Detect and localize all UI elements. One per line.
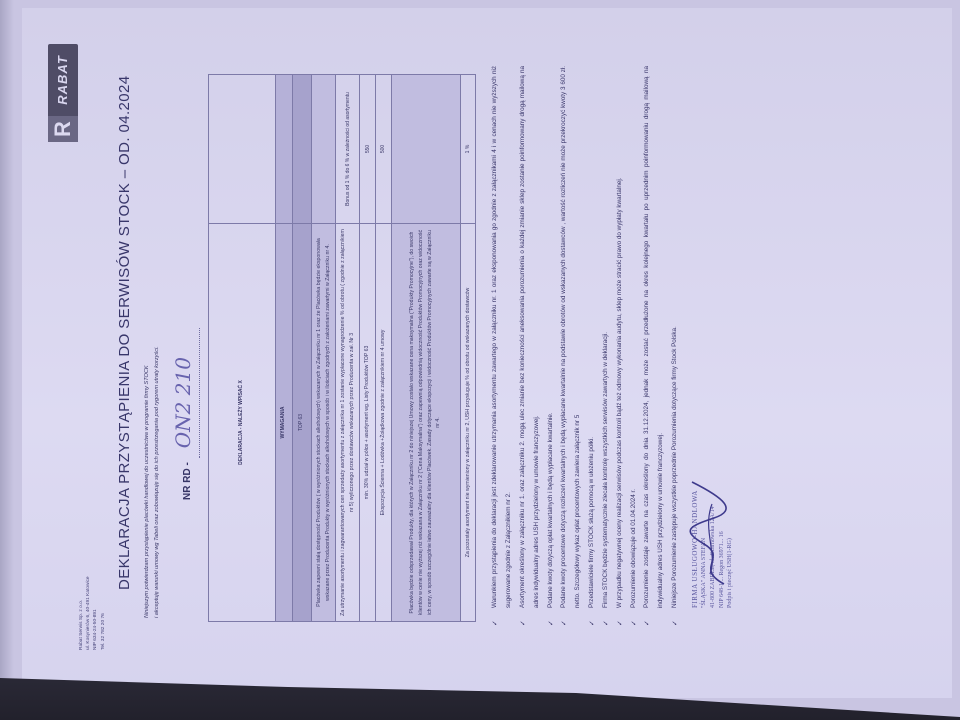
nr-rd-label: NR RD - xyxy=(180,462,196,500)
table-row: Za pozostały asortyment nie wymieniony w… xyxy=(460,75,476,622)
condition-item: ✓Warunkiem przystąpienia do deklaracji j… xyxy=(488,66,516,626)
requirement-value: 500 xyxy=(376,75,392,224)
condition-item: ✓Przedstawiciele firmy STOCK służą pomoc… xyxy=(585,66,599,626)
condition-text: Firma STOCK będzie systematycznie zlecał… xyxy=(602,332,609,608)
table-header-declaration: DEKLARACJA - NALEŻY WPISAĆ X xyxy=(209,75,276,622)
condition-text: W przypadku negatywnej oceny realizacji … xyxy=(616,178,623,609)
condition-item: ✓Asortyment określony w załączniku nr 1.… xyxy=(516,66,544,626)
requirement-value: Bonus od 1 % do 6 % w zależności od asor… xyxy=(336,75,360,224)
intro-text: Niniejszym potwierdzam przystąpienie pla… xyxy=(142,44,162,618)
requirement-value: 550 xyxy=(360,75,376,224)
checkmark-icon: ✓ xyxy=(516,620,531,626)
company-stamp: FIRMA USŁUGOWO-HANDLOWA "ŚLĄSKA" ANNA ST… xyxy=(690,428,735,608)
requirement-text: Za pozostały asortyment nie wymieniony w… xyxy=(460,224,476,622)
nr-rd-field: NR RD - ON2 210 xyxy=(168,44,200,500)
checkmark-icon: ✓ xyxy=(640,620,655,626)
requirement-value xyxy=(391,75,460,224)
condition-item: ✓Porozumienie zostaje zawarte na czas ok… xyxy=(640,66,668,626)
table-row: min. 30% udział w półce + asortyment wg.… xyxy=(360,75,376,622)
top63-header-empty xyxy=(293,75,312,224)
condition-text: Porozumienie obowiązuje od 01.04.2024 r. xyxy=(630,489,637,608)
conditions-list: ✓Warunkiem przystąpienia do deklaracji j… xyxy=(488,66,682,626)
declaration-sheet: R RABAT Rabat Serwis Sp. z o.o. ul. Kosy… xyxy=(22,8,952,698)
condition-text: Przedstawiciele firmy STOCK służą pomocą… xyxy=(588,437,595,608)
address-line: Rabat Serwis Sp. z o.o. xyxy=(78,490,85,650)
requirement-value: 1 % xyxy=(460,75,476,224)
paper-photo: R RABAT Rabat Serwis Sp. z o.o. ul. Kosy… xyxy=(22,8,952,698)
requirements-header: WYMAGANIA xyxy=(276,224,293,622)
requirements-table: DEKLARACJA - NALEŻY WPISAĆ X WYMAGANIA T… xyxy=(208,74,476,622)
address-line: NIP 634-24-50-891 xyxy=(92,490,99,650)
declaration-header: DEKLARACJA - NALEŻY WPISAĆ X xyxy=(209,224,276,622)
requirement-text: Placówka zapewni stałą dostępność Produk… xyxy=(312,224,336,622)
condition-text: Podane kwoty dotyczą opłat kwartalnych i… xyxy=(547,412,554,608)
nr-rd-handwritten-value: ON2 210 xyxy=(168,328,200,458)
table-header-requirements: WYMAGANIA xyxy=(276,75,293,622)
requirement-text: Za utrzymanie asortymentu i zagwarantowa… xyxy=(336,224,360,622)
checkmark-icon: ✓ xyxy=(557,620,572,626)
company-address: Rabat Serwis Sp. z o.o. ul. Kosynierów 6… xyxy=(78,490,107,650)
logo-mark: R xyxy=(48,116,78,142)
address-line: ul. Kosynierów 6, 40-491 Katowice xyxy=(85,490,92,650)
condition-text: Asortyment określony w załączniku nr 1. … xyxy=(519,66,540,608)
intro-line: i akceptuję warunki umowy wg Tabeli oraz… xyxy=(152,44,162,618)
condition-item: ✓Podane kwoty dotyczą opłat kwartalnych … xyxy=(544,66,558,626)
address-line: Tel. 32 782 20 76 xyxy=(100,490,107,650)
photo-background-edge xyxy=(0,0,14,720)
document-title: DEKLARACJA PRZYSTĄPIENIA DO SERWISÓW STO… xyxy=(113,44,136,590)
requirement-text: Placówka będzie odsprzedawał Produkty, d… xyxy=(391,224,460,622)
requirement-text: Ekspozycja Ścienna + Lodówka +Żołądkowa … xyxy=(376,224,392,622)
condition-item: ✓W przypadku negatywnej oceny realizacji… xyxy=(613,66,627,626)
condition-text: Niniejsze Porozumienie zastępuje wszystk… xyxy=(671,326,678,608)
table-row: Ekspozycja Ścienna + Lodówka +Żołądkowa … xyxy=(376,75,392,622)
intro-line: Niniejszym potwierdzam przystąpienie pla… xyxy=(142,44,152,618)
requirements-header-empty xyxy=(276,75,293,224)
condition-item: ✓Podane kwoty procentowe dotyczą rozlicz… xyxy=(557,66,585,626)
table-row: Za utrzymanie asortymentu i zagwarantowa… xyxy=(336,75,360,622)
table-row: Placówka zapewni stałą dostępność Produk… xyxy=(312,75,336,622)
checkmark-icon: ✓ xyxy=(668,620,683,626)
top63-header: TOP 63 xyxy=(293,224,312,622)
condition-text: Warunkiem przystąpienia do deklaracji je… xyxy=(491,66,512,608)
condition-text: Porozumienie zostaje zawarte na czas okr… xyxy=(643,66,664,608)
table-row: Placówka będzie odsprzedawał Produkty, d… xyxy=(391,75,460,622)
rabat-logo: R RABAT xyxy=(48,44,78,142)
requirement-text: min. 30% udział w półce + asortyment wg.… xyxy=(360,224,376,622)
requirement-value xyxy=(312,75,336,224)
condition-item: ✓Porozumienie obowiązuje od 01.04.2024 r… xyxy=(627,66,641,626)
condition-item: ✓Niniejsze Porozumienie zastępuje wszyst… xyxy=(668,66,682,626)
signature-icon xyxy=(684,478,730,588)
condition-item: ✓Firma STOCK będzie systematycznie zleca… xyxy=(599,66,613,626)
declaration-mark-cell[interactable] xyxy=(209,75,276,224)
checkmark-icon: ✓ xyxy=(488,620,503,626)
table-header-top63: TOP 63 xyxy=(293,75,312,622)
logo-text: RABAT xyxy=(53,44,73,116)
condition-text: Podane kwoty procentowe dotyczą rozlicze… xyxy=(560,66,581,608)
